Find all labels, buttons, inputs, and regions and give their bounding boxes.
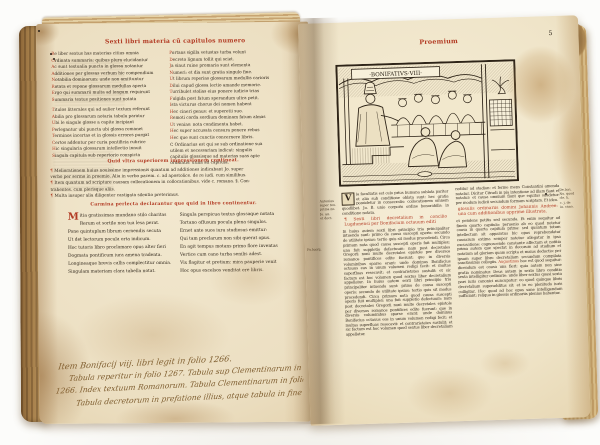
verse-red-heading: Carmina perlecta declarantur que quid in…: [58, 201, 290, 208]
ink-speck: [545, 193, 547, 195]
ink-speck: [53, 58, 55, 60]
addenda-entries: ¶ Meliorationem huius nouissime impressi…: [50, 166, 298, 199]
text-column-1: Via facultatis est celo prius humana sub…: [341, 189, 453, 358]
left-page: Sexti libri materia cū capitulos numero …: [36, 22, 311, 424]
right-page: Proemium 5: [298, 15, 590, 426]
right-margin-gloss: De.lxvi.No. quodcle. li.c. j. deiu. cano…: [559, 187, 582, 209]
ink-speck: [50, 53, 52, 55]
verse-column1: M itia gratissimas mundano stilo charita…: [68, 212, 175, 277]
column1-body: In huius autem sexti libri principio tri…: [342, 226, 452, 337]
verse-drop-cap: M: [68, 213, 79, 222]
index-column2: Portans sigilla vetustas turba voluntDec…: [169, 49, 298, 141]
woodcut-boniface-viii: ·BONIFATIVS·VIII·: [335, 59, 519, 187]
verse-column2: Singula perspicua textus glossaque notat…: [180, 211, 293, 276]
column2-body: et pendens petitis sed secunda. Et enim …: [456, 216, 562, 299]
index-column1-block-b: Titulos litterales qui ad aulier textum …: [52, 106, 165, 159]
page-number: 5: [548, 30, 552, 37]
column1-intro: Via facultatis est celo prius humana sub…: [341, 189, 449, 216]
column2-first: reditur ad stadion: et ferme mens Consta…: [455, 184, 560, 206]
running-head: Proemium: [379, 36, 499, 48]
left-margin-gloss: Antoniussuper tex.prima no.Jo. an.et doc…: [320, 199, 341, 221]
text-column-2: reditur ad stadion: et ferme mens Consta…: [455, 184, 564, 355]
catalog-photo: Sexti libri materia cū capitulos numero …: [0, 0, 600, 445]
column1-intro-text: ia facultatis est celo prius humana subl…: [342, 189, 449, 215]
ink-speck: [38, 30, 40, 32]
index-column1-block-a: Re liber sextus has materias citius omni…: [51, 50, 164, 103]
left-page-heading: Sexti libri materia cū capitulos numero: [86, 37, 264, 46]
decorated-initial: V: [341, 192, 354, 205]
verse-column1-lines: itia gratissimas mundano stilo charitasR…: [68, 212, 175, 277]
manuscript-inscription: Item Bonifacij viij. libri legit in foli…: [52, 349, 304, 411]
gutter-margin-note: Fo.lxxvij.: [307, 247, 333, 252]
